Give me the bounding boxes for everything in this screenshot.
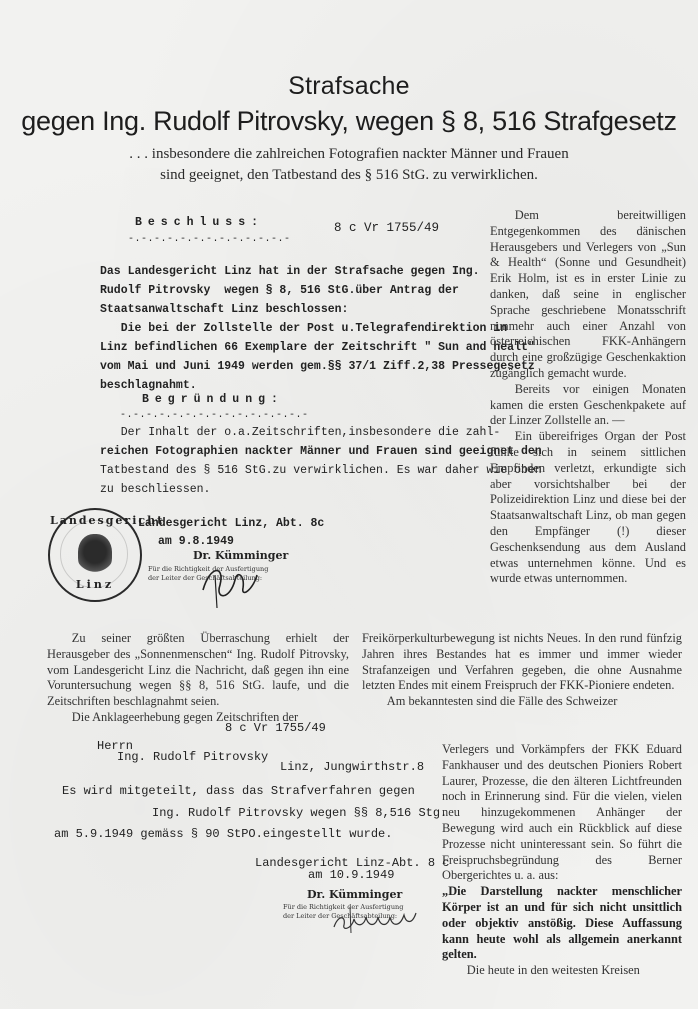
decision-line: Staatsanwaltschaft Linz beschlossen: bbox=[100, 300, 535, 319]
reasoning-line: reichen Fotographien nackter Männer und … bbox=[100, 442, 542, 461]
headline-subtitle: gegen Ing. Rudolf Pitrovsky, wegen § 8, … bbox=[0, 106, 698, 137]
right-column-article: Dem bereitwilligen Entgegenkommen des dä… bbox=[490, 208, 686, 587]
reasoning-line: zu beschliessen. bbox=[100, 480, 542, 499]
headline-title: Strafsache bbox=[0, 72, 698, 101]
article-paragraph: Ein übereifriges Organ der Post fühlte s… bbox=[490, 429, 686, 587]
notice-line-2: Ing. Rudolf Pitrovsky wegen §§ 8,516 Stg… bbox=[152, 804, 447, 823]
article-paragraph: Dem bereitwilligen Entgegenkommen des dä… bbox=[490, 208, 686, 382]
case-number: 8 c Vr 1755/49 bbox=[334, 219, 439, 238]
reasoning-line: Tatbestand des § 516 StG.zu verwirkliche… bbox=[100, 461, 542, 480]
notice-date: am 10.9.1949 bbox=[308, 866, 394, 885]
notice-recipient: Ing. Rudolf Pitrovsky bbox=[117, 748, 268, 767]
court-quote: „Die Darstellung nackter menschlicher Kö… bbox=[442, 884, 682, 963]
notice-signer-name: Dr. Kümminger bbox=[307, 888, 402, 901]
article-paragraph: Die heute in den weitesten Kreisen bbox=[442, 963, 682, 979]
lead-line-2: sind geeignet, den Tatbestand des § 516 … bbox=[0, 167, 698, 184]
decision-court-line: Landesgericht Linz, Abt. 8c bbox=[138, 514, 324, 533]
notice-line-1: Es wird mitgeteilt, dass das Strafverfah… bbox=[62, 782, 415, 801]
decision-body: Das Landesgericht Linz hat in der Strafs… bbox=[100, 262, 535, 395]
lower-right-narrow-article: Verlegers und Vorkämpfers der FKK Eduard… bbox=[442, 742, 682, 979]
decision-line: Das Landesgericht Linz hat in der Strafs… bbox=[100, 262, 535, 281]
eagle-emblem-icon bbox=[78, 534, 112, 574]
handwritten-signature-2 bbox=[330, 905, 420, 935]
lower-left-article: Zu seiner größten Überraschung erhielt d… bbox=[47, 631, 349, 726]
decision-line: Rudolf Pitrovsky wegen § 8, 516 StG.über… bbox=[100, 281, 535, 300]
reasoning-line: Der Inhalt der o.a.Zeitschriften,insbeso… bbox=[100, 423, 542, 442]
notice-case-number: 8 c Vr 1755/49 bbox=[225, 719, 326, 738]
lower-right-article: Freikörperkulturbewegung ist nichts Neue… bbox=[362, 631, 682, 710]
stamp-text-top: Landesgericht bbox=[50, 514, 140, 527]
article-paragraph: Verlegers und Vorkämpfers der FKK Eduard… bbox=[442, 742, 682, 884]
document-page: Strafsache gegen Ing. Rudolf Pitrovsky, … bbox=[0, 0, 698, 1009]
article-paragraph: Freikörperkulturbewegung ist nichts Neue… bbox=[362, 631, 682, 694]
reasoning-body: Der Inhalt der o.a.Zeitschriften,insbeso… bbox=[100, 423, 542, 499]
court-seal-stamp: Landesgericht Linz bbox=[48, 508, 142, 602]
notice-line-3: am 5.9.1949 gemäss § 90 StPO.eingestellt… bbox=[54, 825, 392, 844]
decision-line: Linz befindlichen 66 Exemplare der Zeits… bbox=[100, 338, 535, 357]
handwritten-signature-1 bbox=[195, 560, 265, 610]
article-paragraph: Bereits vor einigen Monaten kamen die er… bbox=[490, 382, 686, 429]
stamp-text-bottom: Linz bbox=[50, 578, 140, 591]
decision-line: vom Mai und Juni 1949 werden gem.§§ 37/1… bbox=[100, 357, 535, 376]
article-paragraph: Zu seiner größten Überraschung erhielt d… bbox=[47, 631, 349, 710]
notice-address: Linz, Jungwirthstr.8 bbox=[280, 758, 424, 777]
decision-heading-underline: -.-.-.-.-.-.-.-.-.-.-.-.- bbox=[128, 230, 291, 249]
decision-line: Die bei der Zollstelle der Post u.Telegr… bbox=[100, 319, 535, 338]
lead-line-1: . . . insbesondere die zahlreichen Fotog… bbox=[0, 146, 698, 163]
article-paragraph: Am bekanntesten sind die Fälle des Schwe… bbox=[362, 694, 682, 710]
